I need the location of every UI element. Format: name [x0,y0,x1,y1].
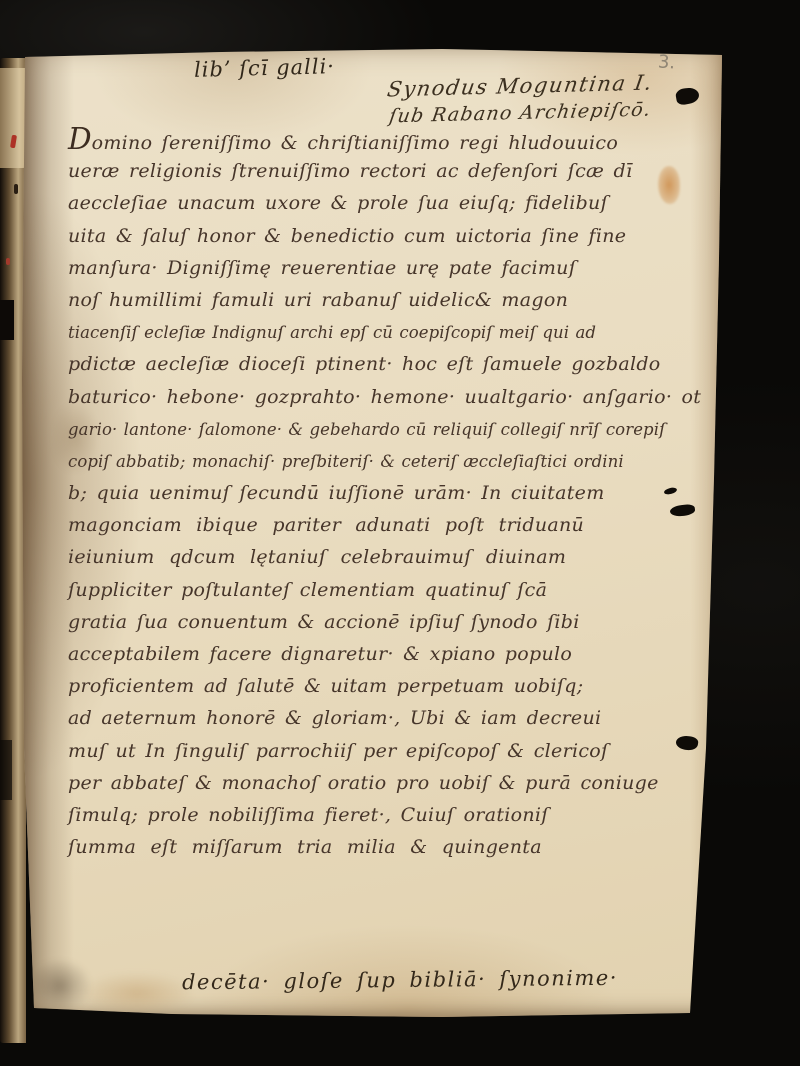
text-line: ſimulq; prole nobiliſſima fieret·, Cuiuſ… [68,804,698,836]
text-line: noſ humillimi famuli uri rabanuſ uidelic… [68,289,698,321]
dark-speck [14,184,18,194]
text-line: ſumma eſt miſſarum tria milia & quingent… [68,836,698,868]
text-line: tiacenſiſ ecleſiæ Indignuſ archi epſ cū … [68,321,698,353]
text-line: ueræ religionis ſtrenuiſſimo rectori ac … [68,160,698,192]
text-line: Domino ſereniſſimo & chriſtianiſſimo reg… [68,128,698,160]
spine-gap [0,740,12,800]
library-ownership-mark: lib’ ſcī galli· [194,54,336,82]
gutter-shadow [22,48,74,1018]
bottom-content-annotation: decēta· gloſe ſup bibliā· ſynonime· [182,966,618,995]
text-line: copiſ abbatib; monachiſ· preſbiteriſ· & … [68,450,698,482]
title-annotation-line2: ſub Rabano Archiepiſcō. [388,99,653,128]
text-line: ad aeternum honorē & gloriam·, Ubi & iam… [68,707,698,739]
text-line: b; quia uenimuſ ſecundū iuſſionē urām· I… [68,482,698,514]
text-line: gratia ſua conuentum & accionē ipſiuſ ſy… [68,611,698,643]
text-line: proficientem ad ſalutē & uitam perpetuam… [68,675,698,707]
text-line: muſ ut In ſinguliſ parrochiiſ per epiſco… [68,740,698,772]
text-line: ieiunium qdcum lętaniuſ celebrauimuſ diu… [68,546,698,578]
text-line: gario· lantone· ſalomone· & gebehardo cū… [68,418,698,450]
spine-gap [0,300,14,340]
text-line: ſuppliciter poſtulanteſ clementiam quati… [68,579,698,611]
bottom-stain [82,973,192,1013]
book-spine-edge [0,58,26,1043]
text-line: aeccleſiae unacum uxore & prole ſua eiuſ… [68,192,698,224]
title-annotation-line1: Synodus Moguntina I. [386,71,655,102]
manuscript-photo: lib’ ſcī galli· Synodus Moguntina I. ſub… [0,0,800,1066]
text-line: per abbateſ & monachoſ oratio pro uobiſ … [68,772,698,804]
text-line: baturico· hebone· gozprahto· hemone· uua… [68,386,698,418]
red-ink-speck [6,258,10,265]
corner-smudge [30,960,90,1012]
main-text-block: Domino ſereniſſimo & chriſtianiſſimo reg… [68,128,698,868]
manuscript-page: lib’ ſcī galli· Synodus Moguntina I. ſub… [22,48,724,1018]
text-line: acceptabilem facere dignaretur· & xpiano… [68,643,698,675]
text-line: manſura· Digniſſimę reuerentiae urę pate… [68,257,698,289]
text-line: uita & ſaluſ honor & benedictio cum uict… [68,225,698,257]
text-line: magonciam ibique pariter adunati poſt tr… [68,514,698,546]
folio-number-pencil: 3. [657,51,676,73]
text-line: pdictæ aecleſiæ dioceſi ptinent· hoc eſt… [68,353,698,385]
